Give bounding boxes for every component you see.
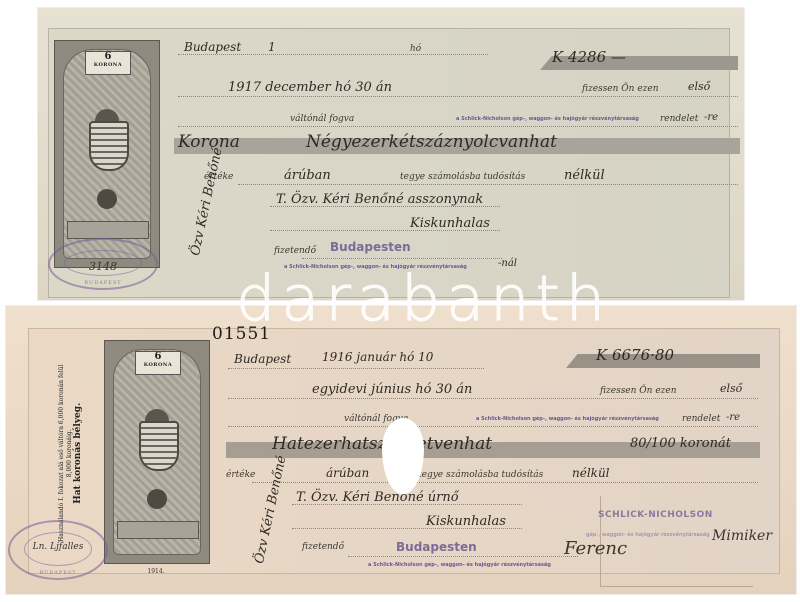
amount-words-suffix: 80/100 koronát	[630, 436, 731, 451]
payee-stamp: a Schlick-Nicholson gép-, waggon- és haj…	[456, 116, 639, 122]
payee-line	[178, 126, 738, 127]
payee-line	[228, 426, 758, 427]
revenue-stamp: 6 KORONA	[54, 40, 160, 268]
pay-label: fizessen Ön ezen	[582, 84, 659, 94]
stamp-value-box: 6 KORONA	[135, 351, 181, 375]
serial-number: 01551	[212, 324, 271, 344]
value-line	[252, 482, 758, 483]
stamp-usage-note: Használandó I. fokozat alá eső váltóra 6…	[58, 365, 82, 542]
stamp-title: Hat koronás bélyeg.	[74, 365, 82, 542]
company-signature: Mimiker	[712, 528, 772, 544]
ertek-label: értéke	[226, 470, 255, 480]
drawee-name: T. Özv. Kéri Benőné asszonynak	[276, 192, 483, 207]
usage-line-1: Használandó I. fokozat alá eső váltóra 6…	[58, 365, 65, 542]
due-date-line	[228, 398, 758, 399]
value-kind: árúban	[326, 466, 369, 480]
drawee-city: Kiskunhalas	[410, 216, 490, 231]
amount-words: Négyezerkétszáznyolcvanhat	[306, 132, 557, 152]
order-label: rendelet	[682, 414, 720, 424]
stamp-cartouche	[67, 221, 149, 239]
place-value: Budapest	[184, 40, 241, 54]
bill-type-value: első	[688, 80, 710, 93]
cherub-icon	[147, 489, 167, 509]
valtonal-label: váltónál fogva	[290, 114, 354, 124]
payable-suffix: -nál	[498, 258, 517, 269]
company-stamp-subtitle: gép-, waggon- és hajógyár részvénytársas…	[586, 532, 710, 538]
due-date-value: 1917 december hó 30 án	[228, 80, 392, 95]
cherub-icon	[97, 189, 117, 209]
cancellation-signature: Ln. Ljfalles	[10, 542, 106, 552]
value-kind: árúban	[284, 168, 331, 183]
drawer-signature: Ferenc	[564, 538, 627, 559]
amount-value: K 6676·80	[596, 346, 674, 364]
coat-of-arms-icon	[89, 121, 129, 171]
cancellation-number: 3148	[50, 260, 156, 273]
issue-date: 1916 január hó 10	[322, 350, 433, 364]
amount-value: K 4286 —	[552, 48, 626, 66]
cancellation-stamp: 3148 BUDAPEST	[48, 238, 158, 290]
stamp-value-box: 6 KORONA	[85, 51, 131, 75]
value-end: nélkül	[564, 168, 605, 183]
order-label: rendelet	[660, 114, 698, 124]
stamp-value: 6	[86, 52, 130, 61]
ho-label: hó	[410, 44, 421, 54]
payable-line	[348, 556, 578, 557]
stamp-year: 1914.	[104, 568, 208, 575]
order-suffix: -re	[726, 412, 740, 423]
cancellation-stamp: Ln. Ljfalles BUDAPEST	[8, 520, 108, 580]
place-line	[178, 54, 488, 55]
payable-place: Budapesten	[396, 540, 477, 554]
place-suffix: 1	[268, 40, 276, 54]
cancellation-city: BUDAPEST	[50, 280, 156, 286]
revenue-stamp: 6 KORONA	[104, 340, 210, 564]
payee-stamp: a Schlick-Nicholson gép-, waggon- és haj…	[476, 416, 659, 422]
stamp-cartouche	[117, 521, 199, 539]
drawee-city: Kiskunhalas	[426, 514, 506, 529]
fizetendo-label: fizetendő	[302, 542, 344, 552]
amount-words-prefix: Korona	[178, 132, 240, 152]
payable-place: Budapesten	[330, 240, 411, 254]
due-date-value: egyidevi június hó 30 án	[312, 382, 472, 397]
fizetendo-label: fizetendő	[274, 246, 316, 256]
payable-line	[302, 258, 502, 259]
place-date-line	[228, 368, 484, 369]
value-rest-label: tegye számolásba tudósítás	[400, 172, 525, 182]
bill-type-value: első	[720, 382, 742, 395]
company-stamp: SCHLICK-NICHOLSON	[598, 510, 713, 520]
cancellation-city: BUDAPEST	[10, 570, 106, 576]
stamp-currency: KORONA	[86, 61, 130, 70]
pay-label: fizessen Ön ezen	[600, 386, 677, 396]
payable-stamp: a Schlick-Nicholson gép-, waggon- és haj…	[368, 562, 551, 568]
drawee-name: T. Özv. Kéri Benőné úrnő	[296, 490, 459, 505]
order-suffix: -re	[704, 112, 718, 123]
coat-of-arms-icon	[139, 421, 179, 471]
value-end: nélkül	[572, 466, 610, 480]
value-line	[238, 184, 738, 185]
due-date-line	[178, 96, 738, 97]
payable-stamp: a Schlick-Nicholson gép-, waggon- és haj…	[284, 264, 467, 270]
bill-of-exchange-1917: 6 KORONA 3148 BUDAPEST Budapest 1 hó K 4…	[38, 8, 744, 300]
bill-of-exchange-1916: Használandó I. fokozat alá eső váltóra 6…	[6, 306, 796, 594]
value-rest-label: tegye számolásba tudósítás	[418, 470, 543, 480]
place-value: Budapest	[234, 352, 291, 366]
stamp-value: 6	[136, 352, 180, 361]
stamp-currency: KORONA	[136, 361, 180, 370]
